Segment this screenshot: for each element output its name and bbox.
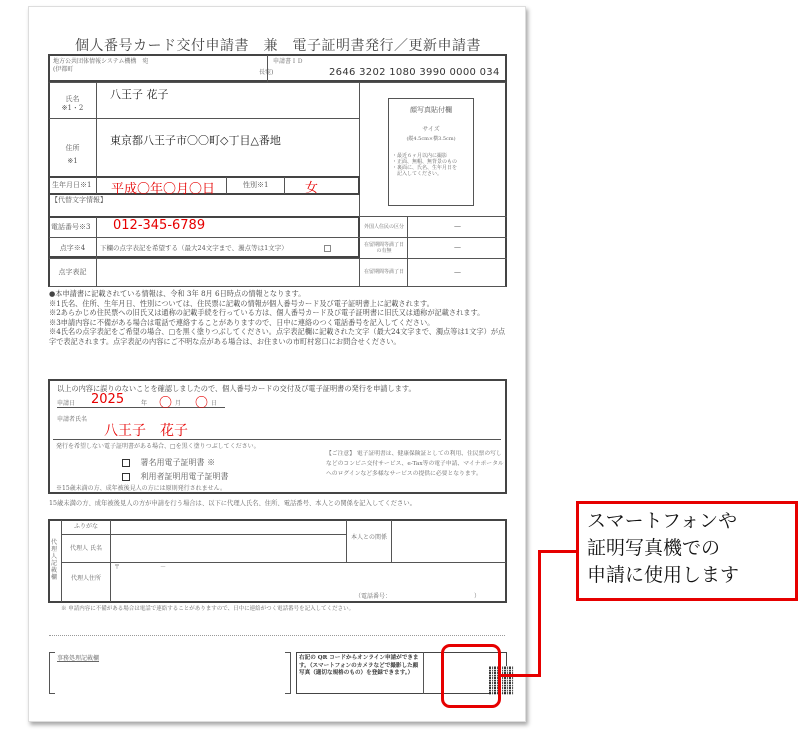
year-unit: 年: [141, 400, 147, 408]
applicant-name-label: 申請者氏名: [57, 416, 87, 424]
name-label-cell: 氏名 ※1・2: [49, 95, 96, 113]
relation-label: 本人との関係: [351, 534, 387, 542]
proxy-name-label: 代理人 氏名: [62, 545, 110, 553]
note-line: ※3申請内容に不備がある場合は電話で連絡することがありますので、日中に連絡のつく…: [49, 318, 509, 328]
office-use-bracket-left: [49, 652, 55, 694]
name-value[interactable]: 八王子 花子: [110, 86, 169, 102]
user-auth-cert-checkbox[interactable]: [122, 473, 130, 481]
address-note: ※1: [67, 155, 77, 168]
foreign-resident-label-1: 外国人住民の区分: [362, 219, 406, 235]
opt-out-instruction: 発行を希望しない電子証明書がある場合、□を黒く塗りつぶしてください。: [56, 443, 260, 451]
office-use-label: 事務処理記載欄: [57, 655, 99, 663]
dob-label: 生年月日※1: [52, 181, 91, 190]
callout-line: 申請に使用します: [587, 562, 795, 589]
note-line: ※2あらかじめ住民票への旧氏又は通称の記載手続を行っている方は、個人番号カード及…: [49, 308, 509, 318]
application-form-page: 個人番号カード交付申請書 兼 電子証明書発行／更新申請書 地方公共団体情報システ…: [28, 6, 526, 722]
phone-label: 電話番号※3: [51, 223, 90, 232]
braille-display-label: 点字表記: [49, 268, 96, 277]
braille-request-text: 下欄の点字表記を希望する（最大24文字まで、濁点等は1文字）: [100, 244, 288, 253]
callout-line: スマートフォンや: [587, 508, 795, 535]
month-unit: 月: [175, 400, 181, 408]
proxy-name-field[interactable]: [111, 535, 346, 562]
proxy-address-label: 代理人住所: [65, 575, 107, 583]
notes-block: ●本申請書に記載されている情報は、令和 3年 8月 6日時点の情報となります。 …: [49, 289, 509, 346]
photo-size-value: (縦4.5cm×横3.5cm): [388, 135, 474, 143]
callout-connector-h2: [538, 550, 578, 553]
braille-display-field[interactable]: [97, 259, 359, 286]
address-label-cell: 住所 ※1: [49, 142, 96, 168]
proxy-footnote: ※ 申請内容に不備がある場合は電話で連絡することがありますので、日中に連絡がつく…: [61, 605, 354, 613]
proxy-intro: 15歳未満の方、成年被後見人の方が申請を行う場合は、以下に代理人氏名、住所、電話…: [49, 500, 416, 508]
application-id-value: 2646 3202 1080 3990 0000 034: [329, 67, 500, 78]
under15-note: ※15歳未満の方、成年被後見人の方には原則発行されません。: [56, 485, 226, 493]
alt-char-label: 【代替文字情報】: [51, 196, 107, 205]
day-value[interactable]: 〇: [195, 392, 208, 411]
foreign-resident-value-3: —: [408, 268, 507, 277]
sex-label: 性別※1: [243, 181, 268, 190]
form-title: 個人番号カード交付申請書 兼 電子証明書発行／更新申請書: [29, 35, 527, 55]
year-value[interactable]: 2025: [91, 392, 124, 407]
name-note: ※1・2: [62, 104, 84, 113]
foreign-resident-label-2: 在留期間等満了日の有無: [362, 240, 406, 256]
callout-connector-v: [538, 550, 541, 677]
cut-line: [49, 635, 505, 636]
certificate-option-user-auth[interactable]: 利用者証明用電子証明書: [122, 471, 229, 482]
address-value[interactable]: 東京都八王子市〇〇町◇丁目△番地: [110, 132, 281, 148]
user-auth-cert-label: 利用者証明用電子証明書: [141, 472, 229, 481]
note-line: ●本申請書に記載されている情報は、令和 3年 8月 6日時点の情報となります。: [49, 289, 509, 299]
applicant-name-value[interactable]: 八王子 花子: [104, 420, 188, 440]
proxy-address-field[interactable]: [111, 563, 506, 602]
callout-line: 証明写真機での: [587, 535, 795, 562]
proxy-section-label: 代理人記載欄: [51, 539, 59, 581]
photo-notes: ・最近６ヶ月以内に撮影 ・正面、無帽、無背景のもの ・裏面に、氏名、生年月日を …: [392, 153, 457, 177]
phone-value[interactable]: 012-345-6789: [113, 218, 205, 233]
month-value[interactable]: 〇: [159, 392, 172, 411]
addressee-line2: (伊都町: [53, 66, 73, 74]
dob-value[interactable]: 平成〇年〇月〇日: [111, 178, 215, 197]
office-use-bracket-right: [285, 652, 291, 694]
proxy-phone-label: （電話番号：: [355, 593, 391, 601]
application-date-field: 申請日 2025 年 〇 月 〇 日: [57, 394, 225, 408]
foreign-resident-label-3: 在留期間等満了日: [362, 261, 406, 283]
foreign-resident-value-2: —: [408, 243, 507, 252]
online-apply-text: 右記の QR コードからオンライン申請ができます。（スマートフォンのカメラなどで…: [299, 655, 421, 678]
foreign-resident-value-1: —: [408, 222, 507, 231]
date-label: 申請日: [57, 400, 75, 408]
photo-size-label: サイズ: [388, 126, 474, 134]
callout-connector-h1: [500, 674, 541, 677]
furigana-label: ふりがな: [62, 523, 110, 531]
addressee-line1: 地方公共団体情報システム機構 宛: [53, 58, 148, 66]
furigana-field[interactable]: [111, 520, 346, 534]
header-divider: [267, 55, 268, 82]
certificate-option-signature[interactable]: 署名用電子証明書 ※: [122, 457, 215, 468]
name-label: 氏名: [66, 95, 80, 104]
note-line: ※1氏名、住所、生年月日、性別については、住民票に記載の情報が個人番号カード及び…: [49, 299, 509, 309]
relation-field[interactable]: [392, 520, 506, 562]
day-unit: 日: [211, 400, 217, 408]
e-cert-caution: 【ご注意】 電子証明書は、健康保険証としての利用、住民票の写しなどのコンビニ交付…: [326, 449, 504, 479]
photo-box-title: 顔写真貼付欄: [388, 106, 474, 115]
sex-value[interactable]: 女: [305, 177, 318, 196]
qr-highlight-frame: [441, 644, 501, 708]
proxy-phone-close: ）: [474, 593, 480, 601]
braille-checkbox[interactable]: [324, 245, 331, 252]
signature-cert-label: 署名用電子証明書 ※: [141, 458, 216, 467]
callout-box: スマートフォンや 証明写真機での 申請に使用します: [576, 501, 798, 601]
note-line: ※4氏名の点字表記をご希望の場合、□を黒く塗りつぶしてください。点字表記欄に記載…: [49, 327, 509, 346]
braille-label: 点字※4: [49, 244, 96, 253]
address-label: 住所: [66, 142, 80, 155]
application-id-label: 申請書ＩＤ: [273, 58, 303, 66]
signature-cert-checkbox[interactable]: [122, 459, 130, 467]
